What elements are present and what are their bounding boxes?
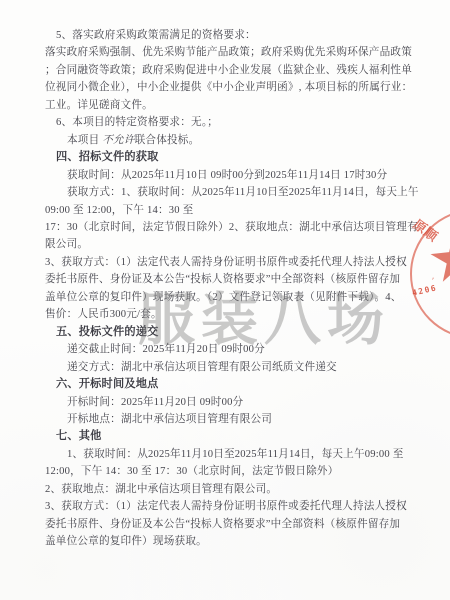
document-line: 09:00 至 12:00，下午 14：30 至 bbox=[45, 202, 430, 219]
text-segment: 不允许 bbox=[102, 135, 134, 146]
section-heading: 七、其他 bbox=[45, 428, 430, 445]
document-line: 12:00，下午 14：30 至 17：30（北京时间，法定节假日除外） bbox=[45, 463, 430, 480]
document-line: 获取时间：从2025年11月10日 09时00分到2025年11月14日 17时… bbox=[45, 167, 430, 184]
document-line: 盖单位公章的复印件）现场获取。 bbox=[45, 533, 430, 550]
document-line: 工业。详见磋商文件。 bbox=[45, 97, 430, 114]
document-line: 6、本项目的特定资格要求：无。； bbox=[45, 114, 430, 131]
document-line: 限公司。 bbox=[45, 236, 430, 253]
document-line: 委托书原件、身份证及本公告“投标人资格要求”中全部资料（核原件留存加 bbox=[45, 516, 430, 533]
document-line: 本项目 不允许联合体投标。 bbox=[45, 132, 430, 149]
section-heading: 六、开标时间及地点 bbox=[45, 376, 430, 393]
document-line: 获取方式：1、获取时间：从2025年11月10日至2025年11月14日，每天上… bbox=[45, 184, 430, 201]
scanned-document-page: 5、落实政府采购政策需满足的资格要求：落实政府采购强制、优先采购节能产品政策；政… bbox=[0, 0, 450, 600]
watermark-text: 服装八场 bbox=[138, 274, 390, 356]
document-line: 3、获取方式：（1）法定代表人需持身份证明书原件或委托代理人持法人授权 bbox=[45, 254, 430, 271]
document-line: ；合同融资等政策；政府采购促进中小企业发展（监狱企业、残疾人福利性单 bbox=[45, 62, 430, 79]
document-line: 3、获取方式：（1）法定代表人需持身份证明书原件或委托代理人持法人授权 bbox=[45, 498, 430, 515]
text-segment: 联合体投标。 bbox=[135, 135, 200, 146]
document-line: 2、获取地点：湖北中承信达项目管理有限公司。 bbox=[45, 481, 430, 498]
document-line: 开标时间：2025年11月20日 09时00分 bbox=[45, 394, 430, 411]
document-line: 5、落实政府采购政策需满足的资格要求： bbox=[45, 27, 430, 44]
document-line: 落实政府采购强制、优先采购节能产品政策；政府采购优先采购环保产品政策 bbox=[45, 44, 430, 61]
document-line: 1、获取时间：从2025年11月10日至2025年11月14日，每天上午09:0… bbox=[45, 446, 430, 463]
text-segment: 本项目 bbox=[67, 135, 102, 146]
document-line: 17：30（北京时间，法定节假日除外）2、获取地点：湖北中承信达项目管理有 bbox=[45, 219, 430, 236]
document-line: 递交方式：湖北中承信达项目管理有限公司纸质文件递交 bbox=[45, 359, 430, 376]
section-heading: 四、招标文件的获取 bbox=[45, 149, 430, 166]
document-line: 开标地点：湖北中承信达项目管理有限公司 bbox=[45, 411, 430, 428]
document-line: 位视同小微企业），中小企业提供《中小企业声明函》, 本项目标的所属行业： bbox=[45, 79, 430, 96]
